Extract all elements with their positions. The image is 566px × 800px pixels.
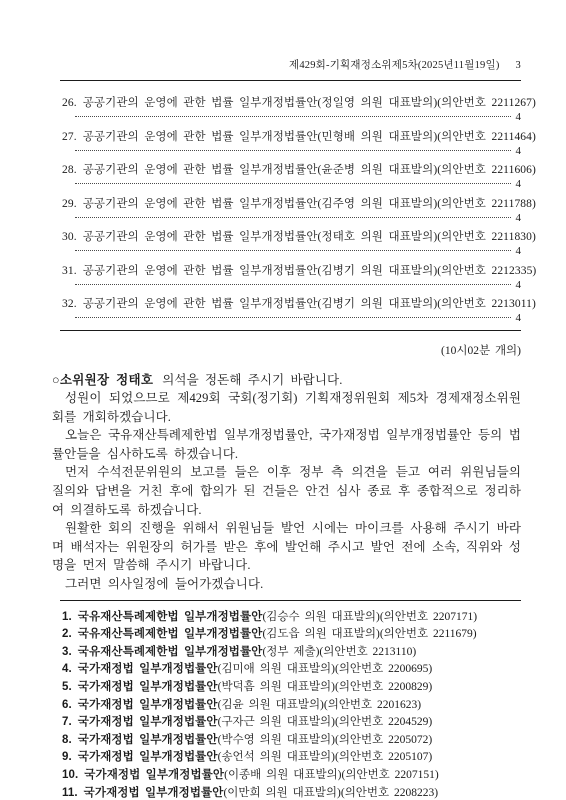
agenda-entry-number: 3. xyxy=(62,646,72,658)
toc-entry-text: 공공기관의 운영에 관한 법률 일부개정법률안(김병기 의원 대표발의)(의안번… xyxy=(83,296,536,312)
agenda-entry-detail: (송언석 의원 대표발의)(의안번호 2205107) xyxy=(218,751,433,763)
agenda-entry-detail: (김승수 의원 대표발의)(의안번호 2207171) xyxy=(262,611,477,623)
toc-leader-dots xyxy=(75,150,511,151)
toc-entry-number: 28. xyxy=(62,162,77,178)
toc-leader-dots xyxy=(75,284,511,285)
agenda-divider xyxy=(60,600,521,601)
agenda-entry-title: 국가재정법 일부개정법률안 xyxy=(78,734,218,746)
agenda-entry-detail: (구자근 의원 대표발의)(의안번호 2204529) xyxy=(218,716,433,728)
agenda-entry: 1.국유재산특례제한법 일부개정법률안(김승수 의원 대표발의)(의안번호 22… xyxy=(62,611,521,623)
agenda-entry-number: 10. xyxy=(62,769,78,781)
agenda-entry-title: 국가재정법 일부개정법률안 xyxy=(84,787,224,799)
toc-entry-number: 32. xyxy=(62,296,77,312)
agenda-entry-title: 국가재정법 일부개정법률안 xyxy=(78,699,218,711)
agenda-entry-detail: (이만희 의원 대표발의)(의안번호 2208223) xyxy=(223,787,438,799)
speech-paragraph: 그러면 의사일정에 들어가겠습니다. xyxy=(52,575,521,594)
agenda-entry: 10.국가재정법 일부개정법률안(이종배 의원 대표발의)(의안번호 22071… xyxy=(62,769,521,781)
agenda-entry-detail: (김도읍 의원 대표발의)(의안번호 2211679) xyxy=(262,628,476,640)
agenda-entry-title: 국가재정법 일부개정법률안 xyxy=(78,751,218,763)
toc-leader-dots xyxy=(75,217,511,218)
agenda-entry-title: 국가재정법 일부개정법률안 xyxy=(78,716,218,728)
toc-leader-dots xyxy=(75,183,511,184)
agenda-entry: 3.국유재산특례제한법 일부개정법률안(정부 제출)(의안번호 2213110) xyxy=(62,646,521,658)
toc-entry-page: 4 xyxy=(516,111,522,124)
agenda-entry-number: 6. xyxy=(62,699,72,711)
agenda-entry: 9.국가재정법 일부개정법률안(송언석 의원 대표발의)(의안번호 220510… xyxy=(62,751,521,763)
agenda-entry-detail: (김윤 의원 대표발의)(의안번호 2201623) xyxy=(218,699,422,711)
toc-entry-page: 4 xyxy=(516,178,522,191)
toc-entry-number: 26. xyxy=(62,95,77,111)
document-page: 제429회-기획재정소위제5차(2025년11월19일) 3 26.공공기관의 … xyxy=(0,0,566,799)
toc-leader-dots xyxy=(75,116,511,117)
toc-entry-page: 4 xyxy=(516,279,522,292)
toc-entry: 32.공공기관의 운영에 관한 법률 일부개정법률안(김병기 의원 대표발의)(… xyxy=(62,296,521,325)
toc-entry-number: 30. xyxy=(62,229,77,245)
agenda-entry-number: 11. xyxy=(62,787,78,799)
agenda-entry-number: 4. xyxy=(62,663,72,675)
speech-paragraph: 먼저 수석전문위원의 보고를 들은 이후 정부 측 의견을 듣고 여러 위원님들… xyxy=(52,463,521,519)
agenda-entry-title: 국유재산특례제한법 일부개정법률안 xyxy=(78,611,263,623)
agenda-entry: 5.국가재정법 일부개정법률안(박덕흠 의원 대표발의)(의안번호 220082… xyxy=(62,681,521,693)
toc-entry-number: 31. xyxy=(62,263,77,279)
header-divider xyxy=(60,80,521,81)
toc-entry: 27.공공기관의 운영에 관한 법률 일부개정법률안(민형배 의원 대표발의)(… xyxy=(62,129,521,158)
agenda-entry-detail: (박수영 의원 대표발의)(의안번호 2205072) xyxy=(218,734,433,746)
agenda-list: 1.국유재산특례제한법 일부개정법률안(김승수 의원 대표발의)(의안번호 22… xyxy=(62,611,521,799)
agenda-entry-number: 7. xyxy=(62,716,72,728)
toc-entry-text: 공공기관의 운영에 관한 법률 일부개정법률안(김주영 의원 대표발의)(의안번… xyxy=(83,196,536,212)
agenda-entry-number: 2. xyxy=(62,628,72,640)
session-open-time: (10시02분 개의) xyxy=(52,342,521,358)
toc-entry-page: 4 xyxy=(516,212,522,225)
toc-entry-text: 공공기관의 운영에 관한 법률 일부개정법률안(정태호 의원 대표발의)(의안번… xyxy=(83,229,536,245)
agenda-entry-title: 국유재산특례제한법 일부개정법률안 xyxy=(78,628,263,640)
toc-entry-text: 공공기관의 운영에 관한 법률 일부개정법률안(윤준병 의원 대표발의)(의안번… xyxy=(83,162,536,178)
agenda-entry: 2.국유재산특례제한법 일부개정법률안(김도읍 의원 대표발의)(의안번호 22… xyxy=(62,628,521,640)
toc-entry: 30.공공기관의 운영에 관한 법률 일부개정법률안(정태호 의원 대표발의)(… xyxy=(62,229,521,258)
agenda-entry-number: 8. xyxy=(62,734,72,746)
agenda-entry: 6.국가재정법 일부개정법률안(김윤 의원 대표발의)(의안번호 2201623… xyxy=(62,699,521,711)
speech-paragraph: 원활한 회의 진행을 위해서 위원님들 발언 시에는 마이크를 사용해 주시기 … xyxy=(52,519,521,575)
agenda-entry-title: 국가재정법 일부개정법률안 xyxy=(78,681,218,693)
agenda-entry: 11.국가재정법 일부개정법률안(이만희 의원 대표발의)(의안번호 22082… xyxy=(62,787,521,799)
toc-entry: 26.공공기관의 운영에 관한 법률 일부개정법률안(정일영 의원 대표발의)(… xyxy=(62,95,521,124)
speech-paragraph: 성원이 되었으므로 제429회 국회(정기회) 기획재정위원회 제5차 경제재정… xyxy=(52,389,521,426)
agenda-entry-detail: (박덕흠 의원 대표발의)(의안번호 2200829) xyxy=(218,681,433,693)
page-header: 제429회-기획재정소위제5차(2025년11월19일) 3 xyxy=(52,57,521,72)
toc-entry-page: 4 xyxy=(516,312,522,325)
agenda-entry-number: 5. xyxy=(62,681,72,693)
agenda-entry-title: 국가재정법 일부개정법률안 xyxy=(84,769,224,781)
agenda-entry-title: 국유재산특례제한법 일부개정법률안 xyxy=(78,646,263,658)
agenda-entry: 8.국가재정법 일부개정법률안(박수영 의원 대표발의)(의안번호 220507… xyxy=(62,734,521,746)
agenda-entry-detail: (정부 제출)(의안번호 2213110) xyxy=(262,646,416,658)
toc-entry-text: 공공기관의 운영에 관한 법률 일부개정법률안(김병기 의원 대표발의)(의안번… xyxy=(83,263,537,279)
agenda-entry: 4.국가재정법 일부개정법률안(김미애 의원 대표발의)(의안번호 220069… xyxy=(62,663,521,675)
toc-divider xyxy=(60,330,521,331)
toc-entry: 28.공공기관의 운영에 관한 법률 일부개정법률안(윤준병 의원 대표발의)(… xyxy=(62,162,521,191)
speaker-name: ○소위원장 정태호 xyxy=(52,373,153,387)
header-session-title: 제429회-기획재정소위제5차(2025년11월19일) xyxy=(289,57,500,72)
toc-entry-page: 4 xyxy=(516,145,522,158)
speech-first-line: 의석을 정돈해 주시기 바랍니다. xyxy=(162,373,342,387)
agenda-entry-detail: (이종배 의원 대표발의)(의안번호 2207151) xyxy=(224,769,439,781)
toc-entry-text: 공공기관의 운영에 관한 법률 일부개정법률안(민형배 의원 대표발의)(의안번… xyxy=(83,129,536,145)
toc-entry: 31.공공기관의 운영에 관한 법률 일부개정법률안(김병기 의원 대표발의)(… xyxy=(62,263,521,292)
agenda-entry-number: 9. xyxy=(62,751,72,763)
toc-entry-number: 29. xyxy=(62,196,77,212)
agenda-entry: 7.국가재정법 일부개정법률안(구자근 의원 대표발의)(의안번호 220452… xyxy=(62,716,521,728)
speech-paragraph: 오늘은 국유재산특례제한법 일부개정법률안, 국가재정법 일부개정법률안 등의 … xyxy=(52,426,521,463)
toc-entry-number: 27. xyxy=(62,129,77,145)
toc-leader-dots xyxy=(75,317,511,318)
toc-entry: 29.공공기관의 운영에 관한 법률 일부개정법률안(김주영 의원 대표발의)(… xyxy=(62,196,521,225)
toc-entry-page: 4 xyxy=(516,245,522,258)
toc-list: 26.공공기관의 운영에 관한 법률 일부개정법률안(정일영 의원 대표발의)(… xyxy=(62,95,521,325)
agenda-entry-detail: (김미애 의원 대표발의)(의안번호 2200695) xyxy=(218,663,433,675)
toc-entry-text: 공공기관의 운영에 관한 법률 일부개정법률안(정일영 의원 대표발의)(의안번… xyxy=(83,95,536,111)
agenda-entry-title: 국가재정법 일부개정법률안 xyxy=(78,663,218,675)
header-page-number: 3 xyxy=(516,60,521,71)
toc-leader-dots xyxy=(75,250,511,251)
agenda-entry-number: 1. xyxy=(62,611,72,623)
speech-block: ○소위원장 정태호의석을 정돈해 주시기 바랍니다. 성원이 되었으므로 제42… xyxy=(52,371,521,594)
